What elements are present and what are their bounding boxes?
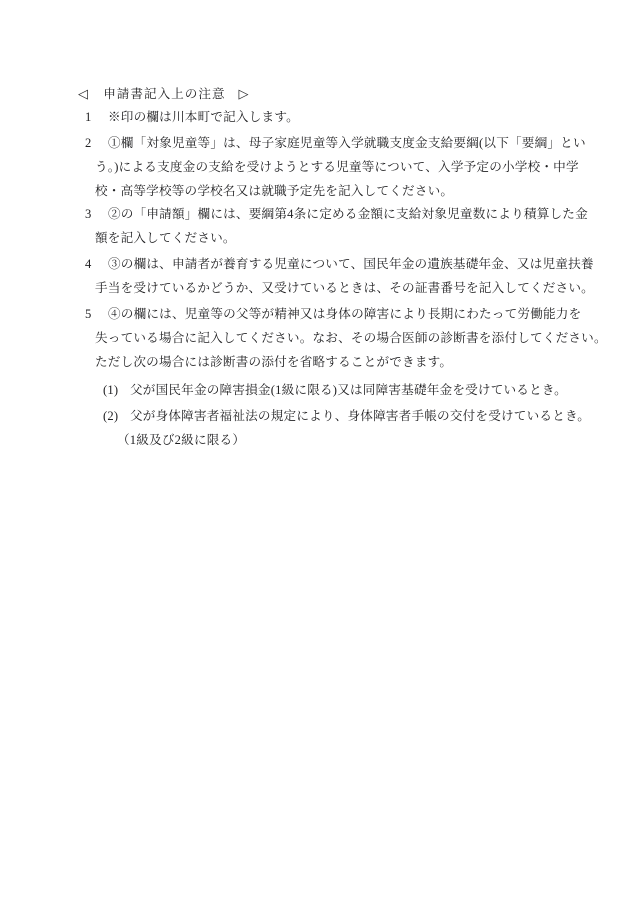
page-title-text: 申請書記入上の注意 [103,87,225,101]
subnote-2-line-1: (2)父が身体障害者福祉法の規定により、身体障害者手帳の交付を受けているとき。 [103,408,590,424]
note-1-number: 1 [85,109,108,125]
note-4-text: ③の欄は、申請者が養育する児童について、国民年金の遺族基礎年金、又は児童扶養 [108,257,594,271]
document-page: ◁申請書記入上の注意▷ 1※印の欄は川本町で記入します。 2①欄「対象児童等」は… [0,0,630,915]
note-3-line-1: 3②の「申請額」欄には、要綱第4条に定める金額に支給対象児童数により積算した金 [85,206,588,222]
note-5-line-2: 失っている場合に記入してください。なお、その場合医師の診断書を添付してください。 [95,330,607,346]
note-2-text: ①欄「対象児童等」は、母子家庭児童等入学就職支度金支給要綱(以下「要綱」とい [108,136,586,150]
note-2-number: 2 [85,135,108,151]
note-1-text: ※印の欄は川本町で記入します。 [108,110,299,124]
subnote-2-text: 父が身体障害者福祉法の規定により、身体障害者手帳の交付を受けているとき。 [130,409,590,423]
note-5-text: ④の欄には、児童等の父等が精神又は身体の障害により長期にわたって労働能力を [108,307,581,321]
note-4-line-2: 手当を受けているかどうか、又受けているときは、その証書番号を記入してください。 [95,280,594,296]
note-3-text: ②の「申請額」欄には、要綱第4条に定める金額に支給対象児童数により積算した金 [108,207,588,221]
note-5-number: 5 [85,306,108,322]
note-2-line-2: う。)による支度金の支給を受けようとする児童等について、入学予定の小学校・中学 [95,159,579,175]
note-3-line-2: 額を記入してください。 [95,230,236,246]
subnote-2-line-2: （1級及び2級に限る） [117,432,245,448]
subnote-1-line-1: (1)父が国民年金の障害損金(1級に限る)又は同障害基礎年金を受けているとき。 [103,382,567,398]
note-3-number: 3 [85,206,108,222]
right-triangle-icon: ▷ [239,86,249,101]
note-1-line-1: 1※印の欄は川本町で記入します。 [85,109,299,125]
note-5-line-3: ただし次の場合には診断書の添付を省略することができます。 [95,354,452,370]
page-title: ◁申請書記入上の注意▷ [78,86,249,102]
subnote-2-number: (2) [103,408,130,424]
note-4-line-1: 4③の欄は、申請者が養育する児童について、国民年金の遺族基礎年金、又は児童扶養 [85,256,594,272]
note-2-line-1: 2①欄「対象児童等」は、母子家庭児童等入学就職支度金支給要綱(以下「要綱」とい [85,135,586,151]
note-5-line-1: 5④の欄には、児童等の父等が精神又は身体の障害により長期にわたって労働能力を [85,306,581,322]
note-4-number: 4 [85,256,108,272]
left-triangle-icon: ◁ [78,86,88,101]
subnote-1-number: (1) [103,382,130,398]
note-2-line-3: 校・高等学校等の学校名又は就職予定先を記入してください。 [95,183,453,199]
subnote-1-text: 父が国民年金の障害損金(1級に限る)又は同障害基礎年金を受けているとき。 [130,383,567,397]
